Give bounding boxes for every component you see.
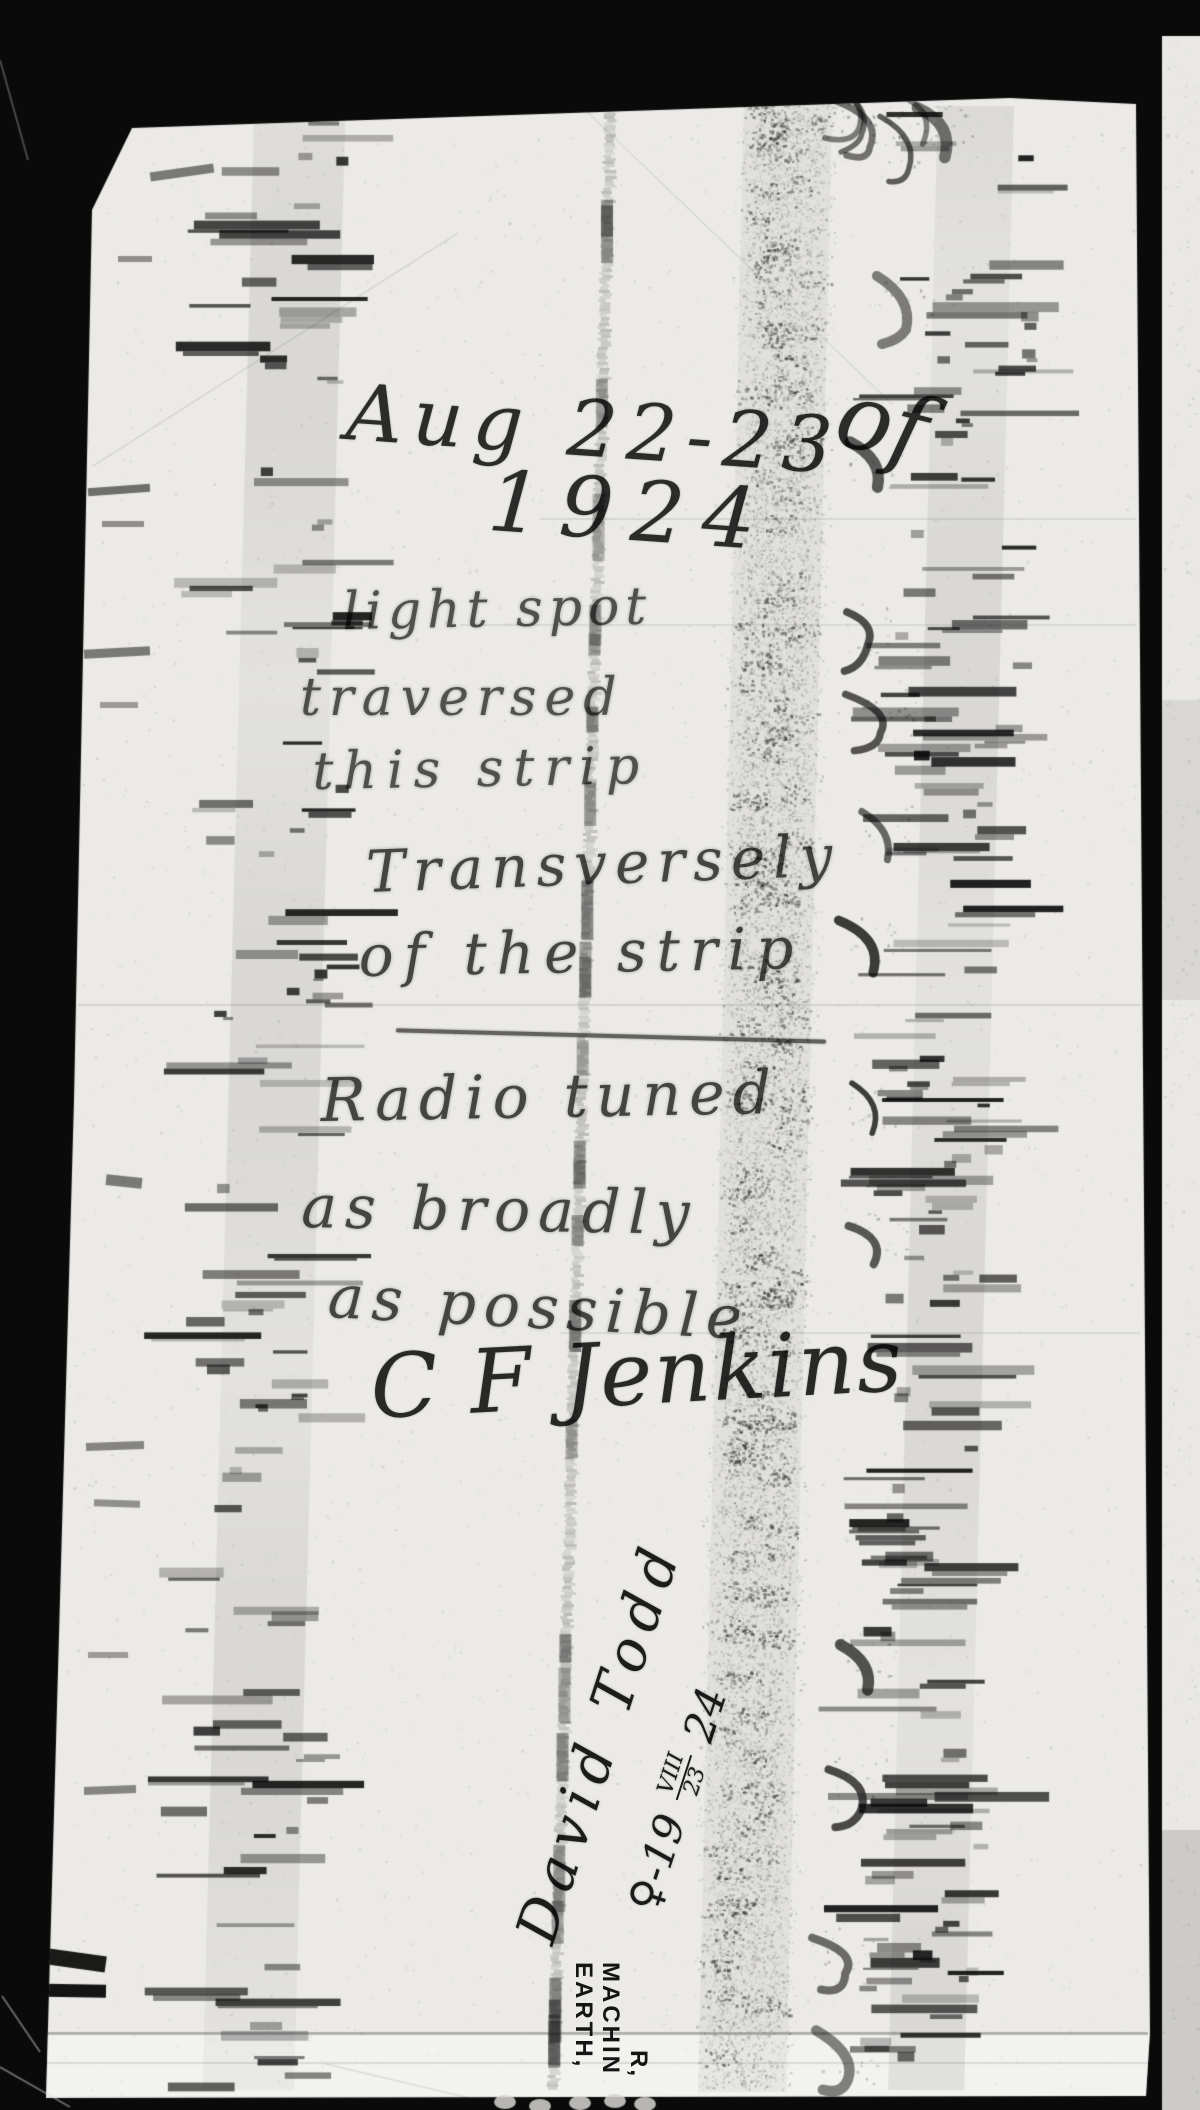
archival-mark-fraction: VIII 23 [654, 1748, 714, 1808]
handwritten-date-year: 1924 [485, 452, 777, 570]
archival-mark-prefix: ♀-19 [618, 1808, 695, 1917]
note-transverse-line1: Transversely [365, 821, 841, 906]
note-light-spot-line3: this strip [312, 736, 650, 802]
note-transverse-line2: of the strip [358, 914, 804, 990]
printed-caption-line2: EARTH, [570, 1962, 597, 2076]
note-light-spot-line2: traversed [300, 668, 625, 728]
printed-caption-partial: R, [624, 2050, 652, 2078]
handwritten-date-of: of [826, 360, 939, 485]
note-radio-line1: Radio tuned [320, 1058, 780, 1136]
archival-mark-suffix: 24 [673, 1681, 736, 1747]
note-radio-line2: as broadly [301, 1172, 698, 1249]
pencil-underline [396, 1028, 826, 1043]
note-light-spot-line1: light spot [342, 577, 653, 642]
printed-caption-rotated: MACHIN EARTH, [570, 1962, 624, 2076]
radio-photo-strip: Aug 22-23 of 1924 light spot traversed t… [0, 0, 1200, 2110]
annotations-layer: Aug 22-23 of 1924 light spot traversed t… [0, 0, 1200, 2110]
printed-caption-line1: MACHIN [597, 1962, 624, 2076]
